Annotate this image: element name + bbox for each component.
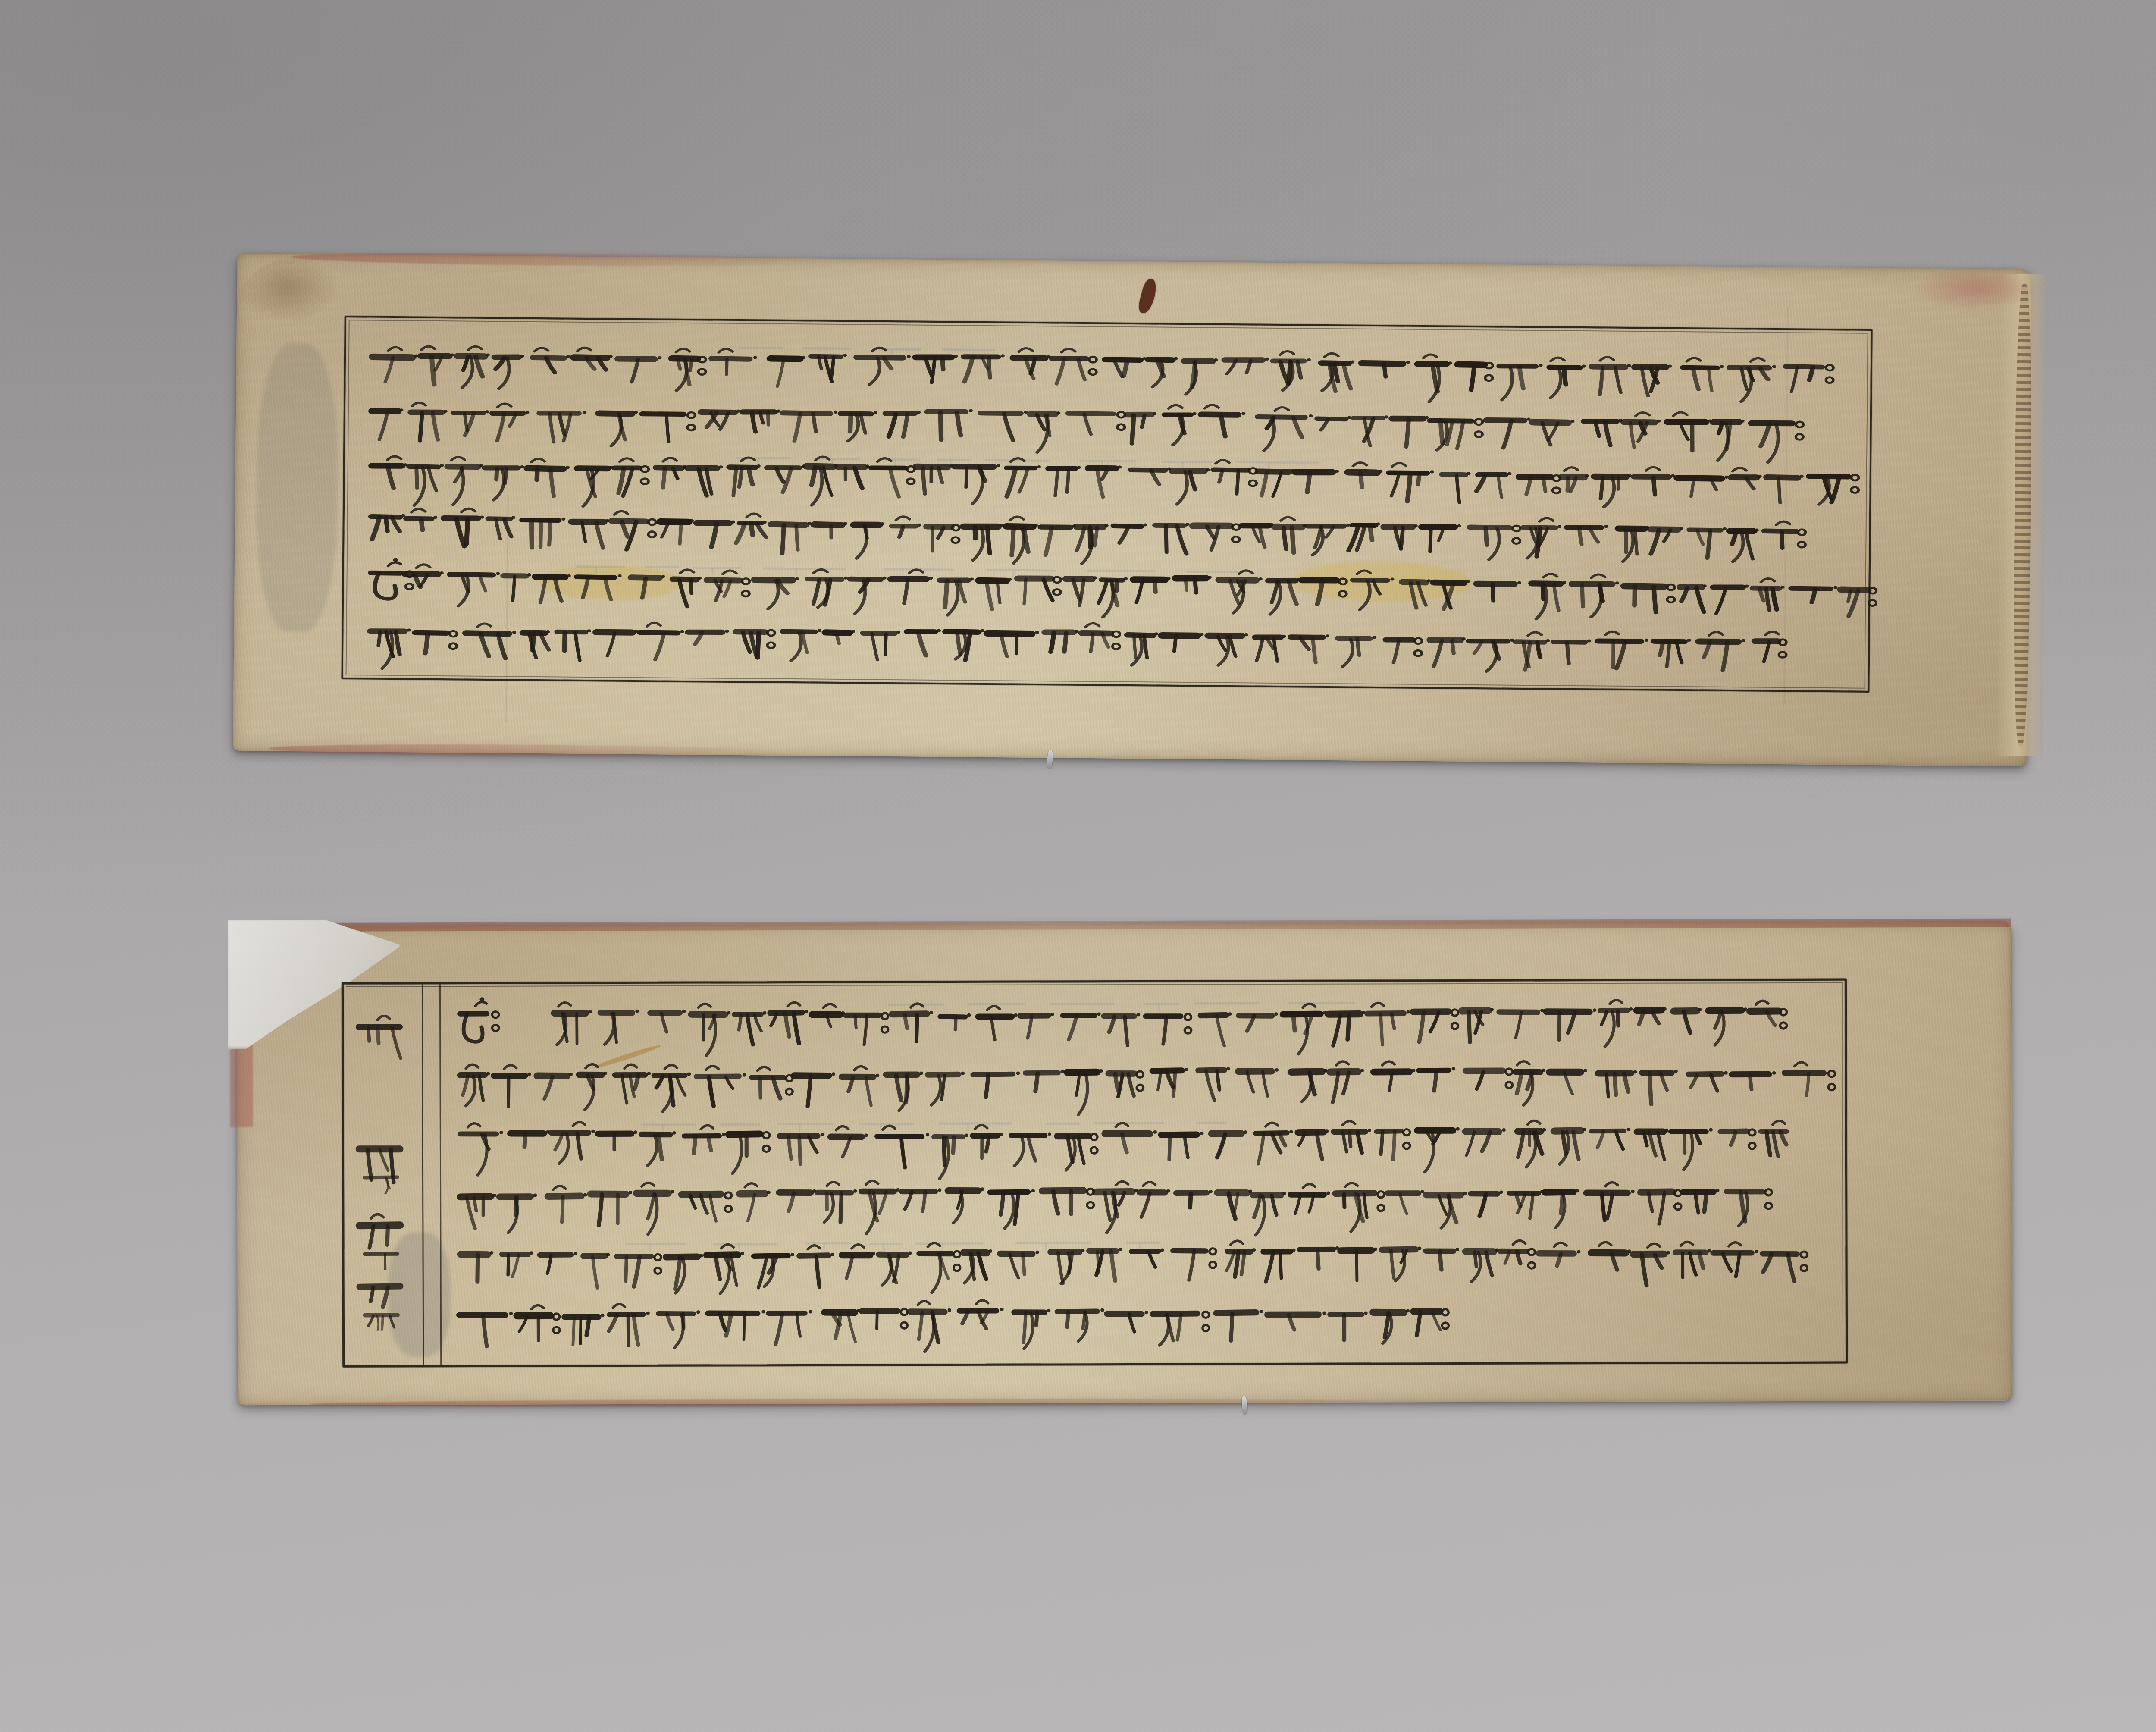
tibetan-text-line: [455, 1177, 1815, 1228]
tibetan-text-line: [454, 998, 1814, 1049]
tibetan-text-line: [367, 341, 1840, 398]
handwritten-glyphs: [366, 451, 1839, 508]
margin-title-column: [344, 984, 423, 1365]
red-dyed-edge: [291, 251, 829, 268]
manuscript-folio-top: [233, 254, 2031, 766]
tibetan-text-line: [455, 1057, 1815, 1109]
deckled-edge-marks: [2012, 284, 2033, 747]
tibetan-text-line: [455, 1117, 1815, 1168]
text-frame: [342, 979, 1848, 1367]
handwritten-glyphs: [367, 341, 1840, 398]
red-dyed-edge: [1912, 266, 2038, 311]
red-dyed-edge: [237, 919, 2011, 932]
handwritten-glyphs: [353, 1015, 408, 1072]
handwritten-glyphs: [365, 561, 1838, 618]
tibetan-text-line: [455, 1297, 1435, 1348]
tibetan-text-line: [366, 396, 1839, 453]
binding-pin: [1047, 750, 1053, 769]
ink-blot: [1137, 278, 1158, 315]
tibetan-text-line: [455, 1236, 1815, 1288]
margin-title-glyph: [354, 1274, 408, 1331]
tibetan-text-line: [364, 616, 1793, 672]
gray-smudge: [255, 343, 338, 632]
red-dyed-edge: [229, 926, 253, 1127]
handwritten-glyphs: [455, 1117, 1815, 1168]
handwritten-glyphs: [365, 506, 1839, 563]
handwritten-glyphs: [366, 396, 1839, 453]
text-frame: [341, 316, 1872, 693]
tibetan-text-line: [365, 561, 1838, 618]
manuscript-folio-bottom: [237, 921, 2012, 1405]
red-dyed-edge: [309, 1397, 1373, 1408]
handwritten-glyphs: [455, 1297, 1435, 1348]
handwritten-glyphs: [364, 616, 1793, 672]
tibetan-text-line: [365, 506, 1839, 563]
handwritten-glyphs: [354, 1213, 408, 1270]
handwritten-glyphs: [455, 1177, 1815, 1228]
red-dyed-edge: [269, 743, 807, 759]
text-block: [454, 998, 1815, 1347]
handwritten-glyphs: [455, 1057, 1815, 1109]
handwritten-glyphs: [455, 1236, 1815, 1288]
margin-title-glyph: [354, 1213, 408, 1270]
margin-title-glyph: [353, 1136, 408, 1194]
margin-title-glyph: [353, 1015, 408, 1072]
tibetan-text-line: [366, 451, 1839, 508]
handwritten-glyphs: [354, 1274, 408, 1331]
binding-pin: [1241, 1396, 1248, 1414]
handwritten-glyphs: [454, 998, 1814, 1049]
curled-fore-edge: [1996, 274, 2047, 756]
handwritten-glyphs: [353, 1136, 408, 1194]
margin-divider-rule: [422, 984, 442, 1365]
text-block: [364, 341, 1840, 673]
photo-backdrop: [0, 0, 2156, 1732]
